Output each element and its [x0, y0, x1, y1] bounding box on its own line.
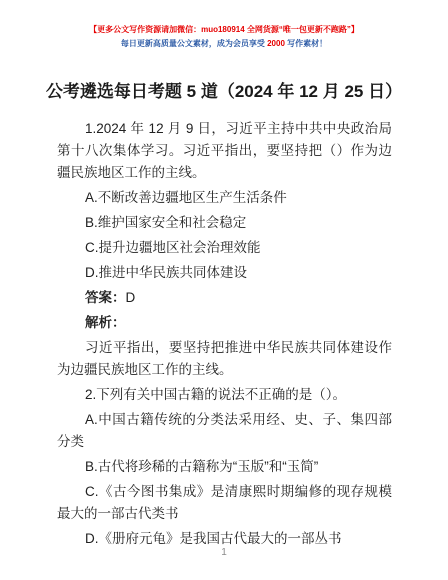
- document-page: 【更多公文写作资源请加微信：muo180914 全网货源“唯一包更新不跑路”】 …: [0, 0, 448, 580]
- question-2-option-a: A.中国古籍传统的分类法采用经、史、子、集四部分类: [57, 409, 392, 453]
- ad-banner-blue-suffix: 写作素材！: [285, 39, 327, 48]
- ad-banner-blue: 每日更新高质量公文素材，成为会员享受 2000 写作素材！: [0, 38, 448, 49]
- ad-banner-blue-text: 每日更新高质量公文素材，成为会员享受: [121, 39, 267, 48]
- question-2-option-b: B.古代将珍稀的古籍称为“玉版”和“玉简”: [57, 456, 392, 478]
- question-2-stem: 2.下列有关中国古籍的说法不正确的是（）。: [57, 384, 392, 406]
- ad-banner-number: 2000: [267, 39, 285, 48]
- question-1-option-b: B.维护国家安全和社会稳定: [57, 212, 392, 234]
- page-title: 公考遴选每日考题 5 道（2024 年 12 月 25 日）: [20, 80, 428, 104]
- question-1-analysis-label: 解析：: [57, 312, 392, 334]
- question-2-option-c: C.《古今图书集成》是清康熙时期编修的现存规模最大的一部古代类书: [57, 481, 392, 525]
- question-1-answer-value: D: [126, 290, 136, 305]
- question-1-answer-row: 答案：D: [57, 287, 392, 309]
- question-1-option-c: C.提升边疆地区社会治理效能: [57, 237, 392, 259]
- question-1-analysis-text: 习近平指出，要坚持把推进中华民族共同体建设作为边疆民族地区工作的主线。: [57, 337, 392, 381]
- question-1-answer-label: 答案：: [85, 290, 126, 305]
- ad-banner-red: 【更多公文写作资源请加微信：muo180914 全网货源“唯一包更新不跑路”】: [0, 0, 448, 35]
- question-1-option-d: D.推进中华民族共同体建设: [57, 262, 392, 284]
- page-number: 1: [0, 547, 448, 558]
- question-1-option-a: A.不断改善边疆地区生产生活条件: [57, 187, 392, 209]
- question-1-stem: 1.2024 年 12 月 9 日，习近平主持中共中央政治局第十八次集体学习。习…: [57, 118, 392, 184]
- document-body: 1.2024 年 12 月 9 日，习近平主持中共中央政治局第十八次集体学习。习…: [0, 104, 448, 550]
